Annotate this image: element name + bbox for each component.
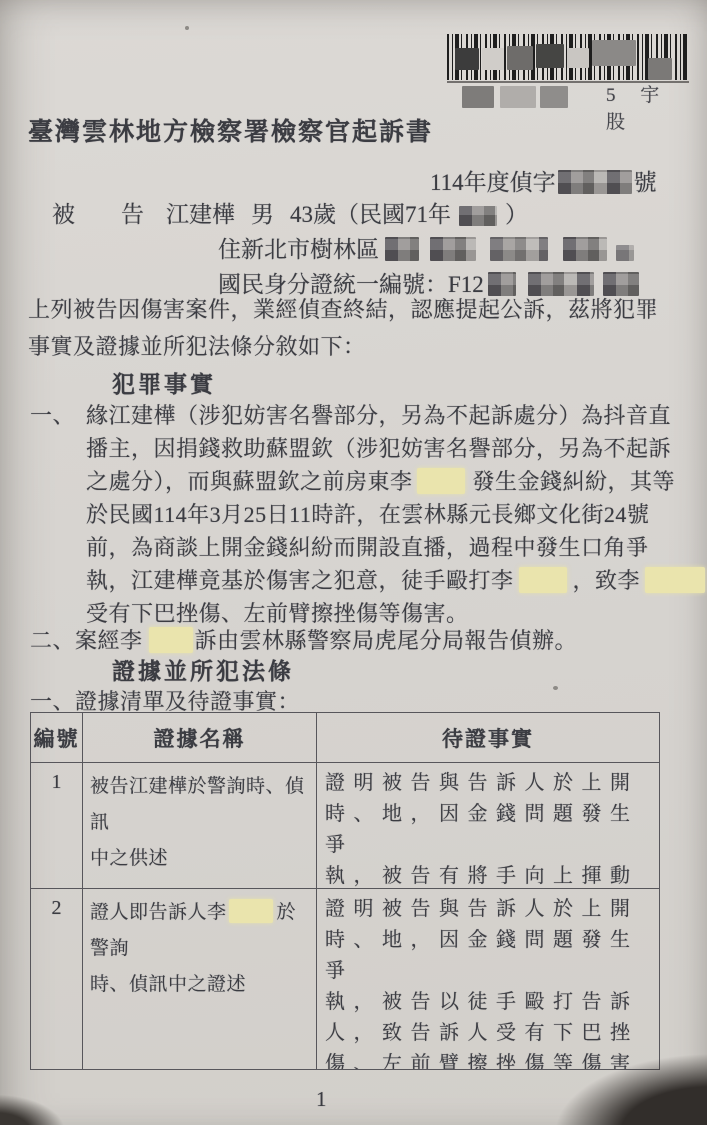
defendant-age: 43歲（民國71年 [290, 202, 451, 227]
defendant-row: 被告江建樺男43歲（民國71年） [52, 196, 528, 229]
paper-bottom-edge-shadow [0, 1065, 707, 1125]
address-redaction [490, 237, 548, 261]
address-redaction [616, 245, 634, 261]
table-row2-facts-line: 傷、左前臂擦挫傷等傷害之 [325, 1049, 657, 1069]
table-row1-evidence-line1: 被告江建樺於警詢時、偵訊 [90, 769, 312, 841]
intro-line-1: 上列被告因傷害案件，業經偵查終結，認應提起公訴，茲將犯罪 [28, 293, 658, 324]
address-row: 住新北市樹林區 [218, 231, 634, 264]
page-number: 1 [316, 1087, 327, 1112]
address-redaction [563, 237, 607, 261]
victim-name-redaction-highlight [645, 567, 705, 593]
table-row1-facts-line: 執，被告有將手向上揮動之 [325, 861, 657, 889]
table-row2-facts: 證明被告與告訴人於上開 時、地，因金錢問題發生爭 執，被告以徒手毆打告訴 人，致… [317, 889, 659, 1069]
fact-item1-line4: 於民國114年3月25日11時許，在雲林縣元長鄉文化街24號 [86, 498, 649, 529]
table-row1-facts-line: 時、地，因金錢問題發生爭 [325, 799, 657, 861]
table-header-facts-to-prove: 待證事實 [317, 713, 659, 763]
table-row2-facts-line: 時、地，因金錢問題發生爭 [325, 925, 657, 987]
table-row1-facts: 證明被告與告訴人於上開 時、地，因金錢問題發生爭 執，被告有將手向上揮動之 事實… [317, 763, 659, 889]
defendant-label: 告 [121, 202, 144, 227]
fact-item1-line2: 播主，因捐錢救助蘇盟欽（涉犯妨害名譽部分，另為不起訴 [86, 432, 671, 463]
fact-item1-line5: 前，為商談上開金錢糾紛而開設直播，過程中發生口角爭 [86, 531, 649, 562]
paper-speck [185, 26, 189, 30]
fact-item1-line6-mid: ，致李 [573, 568, 641, 593]
table-row2-facts-line: 人，致告訴人受有下巴挫 [325, 1018, 657, 1049]
address-prefix: 住新北市樹林區 [218, 237, 379, 262]
barcode-redaction-block [592, 40, 636, 66]
criminal-facts-heading: 犯罪事實 [112, 366, 216, 399]
barcode-redaction-block [482, 48, 504, 70]
barcode-redaction-block [507, 46, 533, 70]
barcode-redaction-block [455, 48, 479, 70]
table-row2-evidence: 證人即告訴人李於警詢 時、偵訊中之證述 [83, 889, 317, 1069]
barcode-redaction-block [567, 48, 589, 68]
scanned-indictment-page: 5 宇 股 臺灣雲林地方檢察署檢察官起訴書 114年度偵字號 被告江建樺男43歲… [0, 0, 707, 1125]
victim-name-redaction-highlight [519, 567, 567, 593]
case-number-prefix: 114年度偵字 [430, 170, 556, 195]
table-row2-evidence-line1: 證人即告訴人李於警詢 [90, 895, 312, 967]
fact-item1-number: 一、 [30, 399, 75, 430]
barcode-redaction-block [536, 44, 564, 68]
fact-item2-post: 訴由雲林縣警察局虎尾分局報告偵辦。 [195, 628, 578, 653]
fact-item1-line3-post: 發生金錢糾紛，其等 [473, 469, 676, 494]
intro-line-2: 事實及證據並所犯法條分敘如下： [28, 330, 366, 361]
fact-item2-pre: 案經李 [75, 628, 143, 653]
victim-name-redaction-highlight [149, 627, 193, 653]
victim-name-redaction-highlight [229, 899, 273, 923]
barcode-redaction-block [648, 58, 672, 80]
fact-item1-line3: 之處分），而與蘇盟欽之前房東李發生金錢糾紛，其等 [86, 465, 675, 496]
case-number-line: 114年度偵字號 [430, 164, 657, 197]
assignment-division-stamp: 5 宇 股 [606, 80, 707, 134]
evidence-table: 編號 證據名稱 待證事實 1 被告江建樺於警詢時、偵訊 中之供述 證明被告與告訴… [30, 712, 660, 1070]
fact-item1-line1: 緣江建樺（涉犯妨害名譽部分，另為不起訴處分）為抖音直 [86, 399, 671, 430]
case-number-redaction [558, 170, 632, 194]
fact-item2-number: 二、 [30, 628, 75, 653]
table-row2-evidence-line2: 時、偵訊中之證述 [90, 967, 312, 1003]
table-row1-facts-line: 證明被告與告訴人於上開 [325, 768, 657, 799]
fact-item1-line6: 執，江建樺竟基於傷害之犯意，徒手毆打李，致李 [86, 564, 705, 595]
birthdate-redaction [459, 206, 497, 226]
paper-corner-shadow [0, 1085, 90, 1125]
table-row1-evidence: 被告江建樺於警詢時、偵訊 中之供述 [83, 763, 317, 889]
stamp-redaction-block [540, 86, 568, 108]
document-title: 臺灣雲林地方檢察署檢察官起訴書 [28, 112, 433, 148]
victim-name-redaction-highlight [417, 468, 465, 494]
fact-item2-line: 二、案經李訴由雲林縣警察局虎尾分局報告偵辦。 [30, 624, 577, 655]
table-row1-evidence-line2: 中之供述 [90, 841, 312, 877]
table-row2-facts-line: 執，被告以徒手毆打告訴 [325, 987, 657, 1018]
stamp-redaction-block [500, 86, 536, 108]
defendant-age-close: ） [505, 202, 528, 227]
table-row2-facts-line: 證明被告與告訴人於上開 [325, 894, 657, 925]
address-redaction [385, 237, 419, 261]
stamp-redaction-block [462, 86, 494, 108]
case-number-suffix: 號 [634, 170, 657, 195]
defendant-gender: 男 [251, 202, 274, 227]
table-header-evidence-name: 證據名稱 [83, 713, 317, 763]
table-header-number: 編號 [31, 713, 83, 763]
defendant-name: 江建樺 [166, 202, 235, 227]
fact-item1-line3-pre: 之處分），而與蘇盟欽之前房東李 [86, 469, 413, 494]
paper-speck [553, 686, 558, 690]
address-redaction [430, 237, 476, 261]
defendant-label: 被 [52, 202, 75, 227]
table-row1-number: 1 [31, 763, 83, 889]
table-row2-number: 2 [31, 889, 83, 1069]
evidence-section-heading: 證據並所犯法條 [112, 653, 294, 686]
fact-item1-line6-pre: 執，江建樺竟基於傷害之犯意，徒手毆打李 [86, 568, 514, 593]
table-row2-evidence-line1-pre: 證人即告訴人李 [90, 902, 227, 923]
